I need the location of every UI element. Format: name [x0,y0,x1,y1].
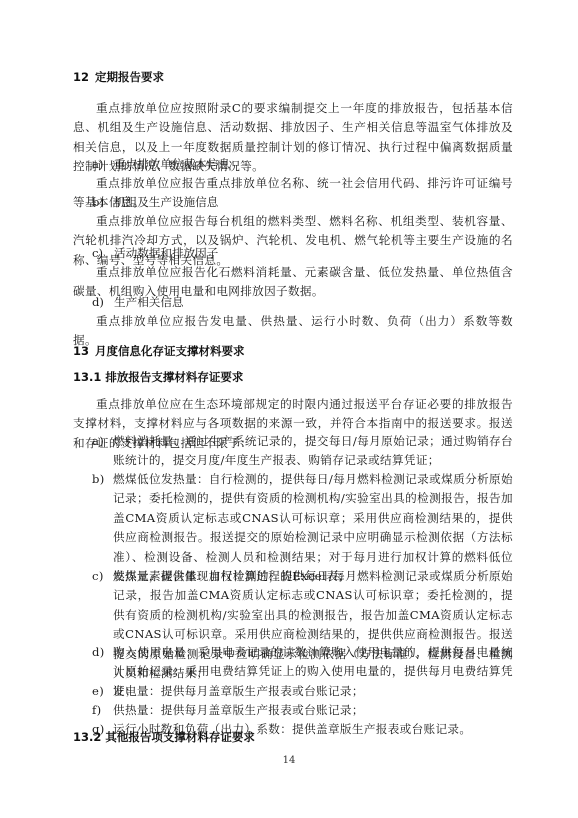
section-number: 13 [73,344,95,358]
list-marker: d) [92,643,105,662]
page-number: 14 [0,755,578,766]
item-heading: 重点排放单位基本信息 [114,157,230,171]
item-d-heading: d)生产相关信息 [92,293,184,312]
item-c-heading: c)活动数据和排放因子 [92,244,218,263]
item-heading: 机组及生产设施信息 [114,195,218,209]
list-marker: a) [92,432,104,451]
list-item-text: 燃料消耗量：通过生产系统记录的，提交每日/每月原始记录；通过购销存台账统计的，提… [113,432,513,471]
list-item-text: 发电量：提供每月盖章版生产报表或台账记录； [113,682,513,701]
list-marker: d) [92,293,114,312]
subsection-title: 其他报告项支撑材料存证要求 [105,730,255,744]
item-heading: 生产相关信息 [114,295,184,309]
item-a-heading: a)重点排放单位基本信息 [92,155,230,174]
list-item-a: a) 燃料消耗量：通过生产系统记录的，提交每日/每月原始记录；通过购销存台账统计… [92,432,513,471]
section-number: 12 [73,70,95,84]
list-item-text: 供热量：提供每月盖章版生产报表或台账记录； [113,701,513,720]
section-title: 定期报告要求 [95,70,164,84]
subsection-number: 13.1 [73,370,101,384]
list-marker: b) [92,193,114,212]
list-item-e: e) 发电量：提供每月盖章版生产报表或台账记录； [92,682,513,701]
list-marker: f) [92,701,102,720]
list-marker: c) [92,244,114,263]
item-heading: 活动数据和排放因子 [114,246,218,260]
subsection-title: 排放报告支撑材料存证要求 [105,370,243,384]
section-title: 月度信息化存证支撑材料要求 [95,344,245,358]
section-13-2-heading: 13.2 其他报告项支撑材料存证要求 [73,729,255,745]
list-item-f: f) 供热量：提供每月盖章版生产报表或台账记录； [92,701,513,720]
section-13-heading: 13月度信息化存证支撑材料要求 [73,343,245,359]
section-12-heading: 12定期报告要求 [73,69,164,85]
list-marker: c) [92,567,104,586]
section-13-1-heading: 13.1 排放报告支撑材料存证要求 [73,369,243,385]
list-marker: e) [92,682,104,701]
item-b-heading: b)机组及生产设施信息 [92,193,218,212]
list-marker: b) [92,470,105,489]
list-marker: a) [92,155,114,174]
subsection-number: 13.2 [73,730,101,744]
